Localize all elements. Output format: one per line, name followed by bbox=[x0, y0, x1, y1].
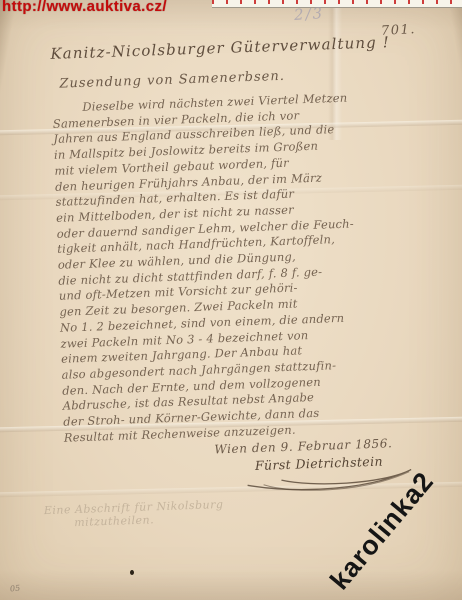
letter-scan: http://www.auktiva.cz/ 2/3 701. Kanitz-N… bbox=[0, 0, 462, 600]
signature-block: Fürst Dietrichstein bbox=[255, 453, 426, 489]
ink-dot bbox=[130, 570, 134, 575]
pencil-note: Eine Abschrift für Nikolsburg mitzutheil… bbox=[44, 498, 225, 530]
auktiva-url-watermark: http://www.auktiva.cz/ bbox=[2, 0, 167, 15]
letter-heading: Kanitz-Nicolsburger Güterverwaltung ! bbox=[50, 31, 448, 63]
letter-content: Kanitz-Nicolsburger Güterverwaltung ! Zu… bbox=[50, 31, 462, 495]
pencil-number: 2/3 bbox=[293, 4, 324, 24]
subject-line: Zusendung von Samenerbsen. bbox=[59, 63, 449, 92]
corner-mark: 05 bbox=[10, 583, 21, 593]
scan-top-edge bbox=[212, 0, 462, 8]
watermark-ticks bbox=[212, 0, 462, 4]
